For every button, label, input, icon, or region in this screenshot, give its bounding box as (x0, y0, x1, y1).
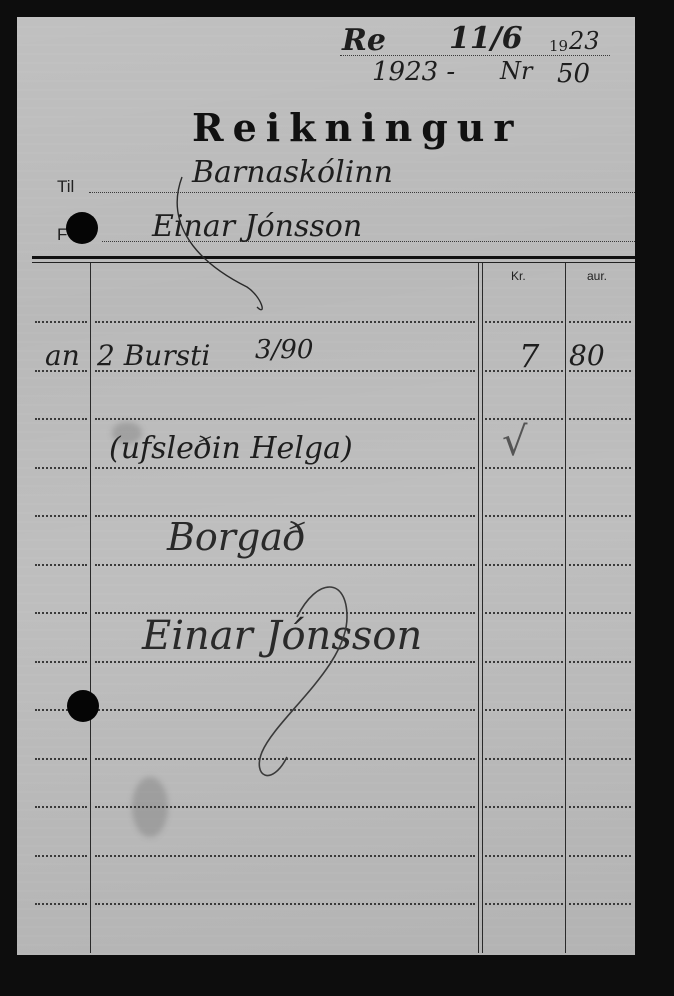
document-title: Reikningur (192, 105, 522, 150)
ruled-row-line (485, 709, 563, 711)
ruled-row-line (569, 709, 631, 711)
ruled-row-line (485, 661, 563, 663)
ruled-row-line (95, 661, 475, 663)
line-item-kr: 7 (519, 337, 539, 375)
ruled-row-line (35, 903, 87, 905)
check-mark: √ (502, 419, 528, 465)
ruled-row-line (35, 855, 87, 857)
header-place: Re (342, 23, 386, 58)
reference-number: 50 (557, 59, 590, 89)
invoice-paper: Re 11/6 19 23 1923 - Nr 50 Reikningur Ti… (17, 17, 635, 955)
header-rule-thin (32, 262, 635, 263)
column-rule-aur (565, 263, 566, 953)
date-dotted-line (340, 55, 610, 56)
paid-label: Borgað (167, 515, 306, 559)
ruled-row-line (485, 806, 563, 808)
header-year-prefix: 19 (549, 37, 568, 55)
ruled-row-line (95, 903, 475, 905)
til-label: Til (57, 177, 74, 197)
ruled-row-line (569, 612, 631, 614)
til-value: Barnaskólinn (192, 155, 393, 190)
ruled-row-line (95, 709, 475, 711)
ruled-row-line (485, 612, 563, 614)
ruled-row-line (95, 418, 475, 420)
ruled-row-line (95, 855, 475, 857)
header-day-month: 11/6 (449, 21, 523, 56)
ruled-row-line (35, 467, 87, 469)
ruled-row-line (485, 515, 563, 517)
column-rule-left (90, 263, 91, 953)
ruled-row-line (95, 321, 475, 323)
ruled-row-line (35, 661, 87, 663)
header-rule-thick (32, 256, 635, 259)
ruled-row-line (35, 612, 87, 614)
ruled-row-line (485, 903, 563, 905)
header-year-suffix: 23 (569, 27, 600, 55)
ruled-row-line (485, 564, 563, 566)
fra-value: Einar Jónsson (152, 209, 362, 244)
reference-year: 1923 - (372, 57, 455, 87)
ruled-row-line (569, 661, 631, 663)
ruled-row-line (569, 418, 631, 420)
ruled-row-line (569, 321, 631, 323)
paper-stain (132, 777, 168, 837)
note: (ufsleðin Helga) (109, 431, 353, 466)
kr-column-header: Kr. (511, 269, 526, 283)
til-dotted-line (89, 192, 635, 193)
ruled-row-line (569, 806, 631, 808)
ruled-row-line (485, 855, 563, 857)
line-item-description: 2 Bursti (97, 339, 210, 372)
ruled-row-line (485, 758, 563, 760)
ruled-row-line (485, 467, 563, 469)
ruled-row-line (569, 855, 631, 857)
line-item-unit-price: 3/90 (255, 335, 313, 365)
reference-number-label: Nr (500, 57, 532, 85)
aur-column-header: aur. (587, 269, 607, 283)
punch-hole-bottom (67, 690, 99, 722)
ruled-row-line (95, 758, 475, 760)
ruled-row-line (569, 515, 631, 517)
signature: Einar Jónsson (142, 613, 422, 659)
column-rule-kr-1 (478, 263, 479, 953)
ruled-row-line (35, 806, 87, 808)
ruled-row-line (569, 903, 631, 905)
line-item-prefix: an (45, 339, 80, 372)
ruled-row-line (35, 321, 87, 323)
ruled-row-line (95, 564, 475, 566)
ruled-row-line (95, 467, 475, 469)
ruled-row-line (569, 758, 631, 760)
ruled-row-line (35, 564, 87, 566)
ruled-row-line (485, 321, 563, 323)
punch-hole-top (66, 212, 98, 244)
ruled-row-line (569, 467, 631, 469)
column-rule-kr-2 (482, 263, 483, 953)
ruled-row-line (35, 515, 87, 517)
ruled-row-line (569, 564, 631, 566)
line-item-aur: 80 (569, 339, 605, 372)
ruled-row-line (35, 758, 87, 760)
ruled-row-line (35, 418, 87, 420)
paper-stain (112, 422, 142, 444)
